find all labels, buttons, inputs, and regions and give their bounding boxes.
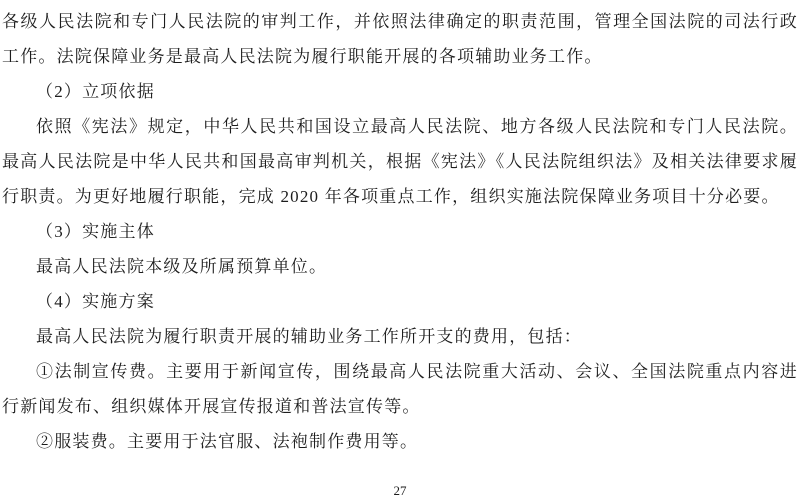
page-footer: 27 [0, 483, 800, 499]
section-heading: （2）立项依据 [2, 74, 798, 109]
paragraph: 各级人民法院和专门人民法院的审判工作，并依照法律确定的职责范围，管理全国法院的司… [2, 4, 798, 74]
page-number: 27 [394, 483, 407, 498]
section-heading: （4）实施方案 [2, 284, 798, 319]
paragraph: 依照《宪法》规定，中华人民共和国设立最高人民法院、地方各级人民法院和专门人民法院… [2, 109, 798, 214]
paragraph: 最高人民法院本级及所属预算单位。 [2, 249, 798, 284]
document-body: 各级人民法院和专门人民法院的审判工作，并依照法律确定的职责范围，管理全国法院的司… [0, 0, 800, 459]
paragraph: 最高人民法院为履行职责开展的辅助业务工作所开支的费用，包括： [2, 319, 798, 354]
section-heading: （3）实施主体 [2, 214, 798, 249]
paragraph: ②服装费。主要用于法官服、法袍制作费用等。 [2, 424, 798, 459]
paragraph: ①法制宣传费。主要用于新闻宣传，围绕最高人民法院重大活动、会议、全国法院重点内容… [2, 354, 798, 424]
document-page: 各级人民法院和专门人民法院的审判工作，并依照法律确定的职责范围，管理全国法院的司… [0, 0, 800, 504]
